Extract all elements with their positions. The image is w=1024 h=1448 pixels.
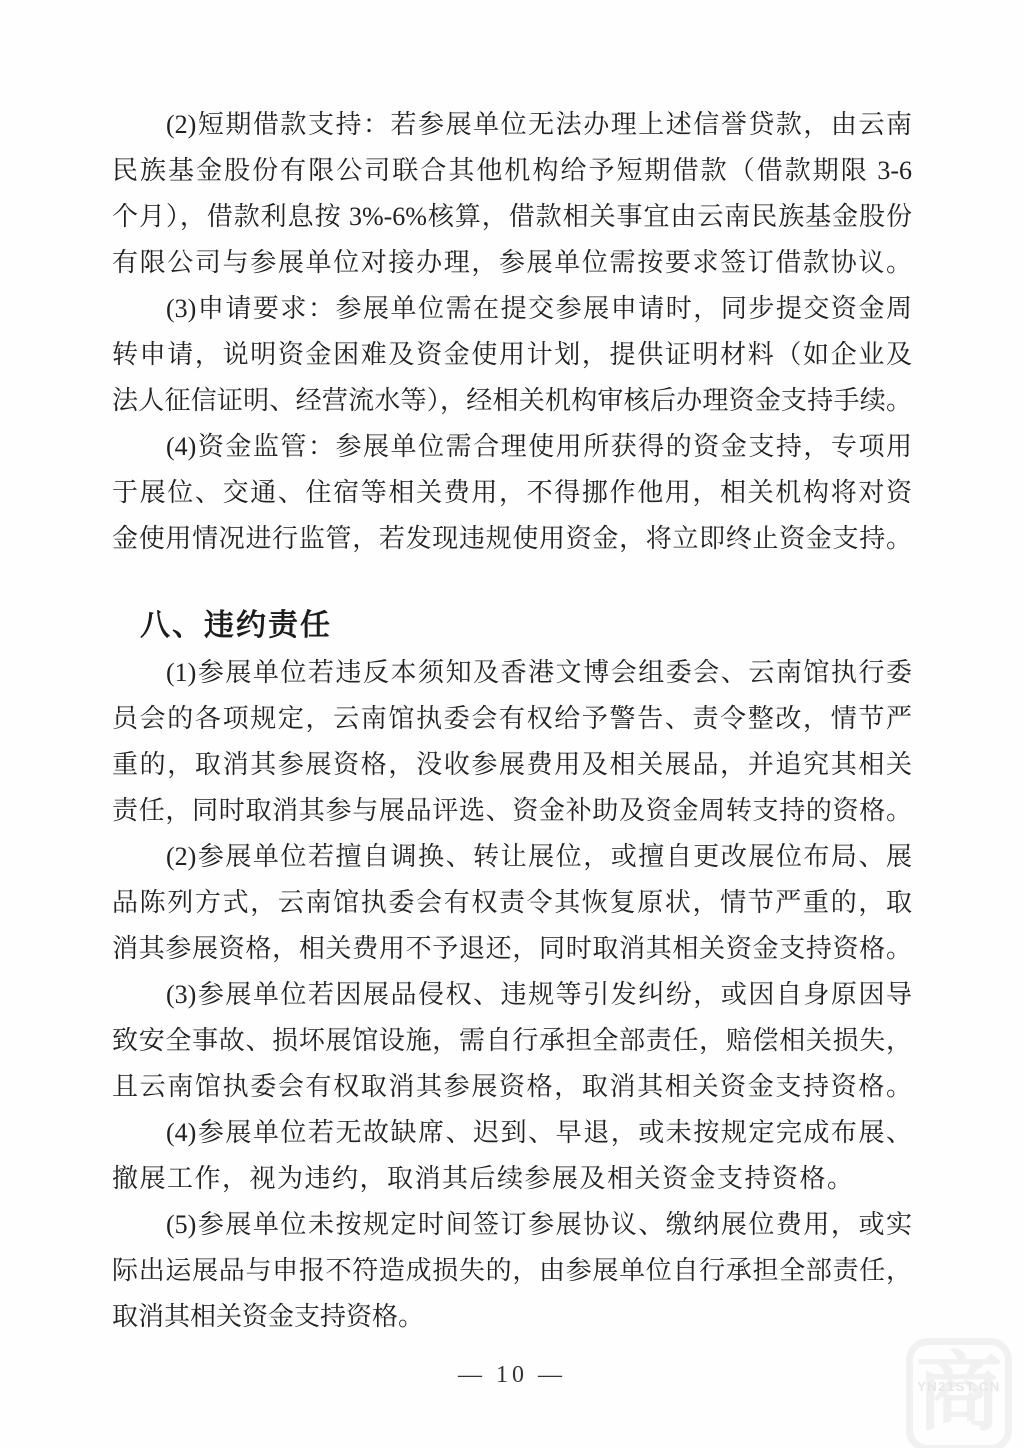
text-line: 有限公司与参展单位对接办理，参展单位需按要求签订借款协议。: [112, 240, 912, 286]
text-line: 于展位、交通、住宿等相关费用，不得挪作他用，相关机构将对资: [112, 470, 912, 516]
page-number: — 10 —: [0, 1362, 1024, 1389]
text-line: 员会的各项规定，云南馆执委会有权给予警告、责令整改，情节严: [112, 696, 912, 742]
text-line: (4)资金监管：参展单位需合理使用所获得的资金支持，专项用: [112, 424, 912, 470]
text-line: 取消其相关资金支持资格。: [112, 1294, 912, 1340]
text-block: (2)短期借款支持：若参展单位无法办理上述信誉贷款，由云南 民族基金股份有限公司…: [112, 102, 912, 1340]
section-heading-breach-liability: 八、违约责任: [140, 602, 912, 650]
watermark-seal: 商 YN21ST.CN: [906, 1338, 1012, 1448]
text-line: 重的，取消其参展资格，没收参展费用及相关展品，并追究其相关: [112, 742, 912, 788]
text-line: (2)短期借款支持：若参展单位无法办理上述信誉贷款，由云南: [112, 102, 912, 148]
text-line: 转申请，说明资金困难及资金使用计划，提供证明材料（如企业及: [112, 332, 912, 378]
text-line: 个月），借款利息按 3%-6%核算，借款相关事宜由云南民族基金股份: [112, 194, 912, 240]
text-line: 消其参展资格，相关费用不予退还，同时取消其相关资金支持资格。: [112, 926, 912, 972]
document-page: (2)短期借款支持：若参展单位无法办理上述信誉贷款，由云南 民族基金股份有限公司…: [0, 0, 1024, 1448]
text-line: 致安全事故、损坏展馆设施，需自行承担全部责任，赔偿相关损失，: [112, 1018, 912, 1064]
text-line: 责任，同时取消其参与展品评选、资金补助及资金周转支持的资格。: [112, 788, 912, 834]
text-line: (2)参展单位若擅自调换、转让展位，或擅自更改展位布局、展: [112, 834, 912, 880]
text-line: (3)申请要求：参展单位需在提交参展申请时，同步提交资金周: [112, 286, 912, 332]
text-line: (1)参展单位若违反本须知及香港文博会组委会、云南馆执行委: [112, 650, 912, 696]
text-line: 法人征信证明、经营流水等），经相关机构审核后办理资金支持手续。: [112, 378, 912, 424]
text-line: 民族基金股份有限公司联合其他机构给予短期借款（借款期限 3-6: [112, 148, 912, 194]
text-line: 品陈列方式，云南馆执委会有权责令其恢复原状，情节严重的，取: [112, 880, 912, 926]
text-line: 撤展工作，视为违约，取消其后续参展及相关资金支持资格。: [112, 1156, 912, 1202]
watermark-caption: YN21ST.CN: [917, 1379, 1001, 1394]
text-line: (3)参展单位若因展品侵权、违规等引发纠纷，或因自身原因导: [112, 972, 912, 1018]
text-line: 际出运展品与申报不符造成损失的，由参展单位自行承担全部责任，: [112, 1248, 912, 1294]
text-line: (5)参展单位未按规定时间签订参展协议、缴纳展位费用，或实: [112, 1202, 912, 1248]
text-line: 且云南馆执委会有权取消其参展资格，取消其相关资金支持资格。: [112, 1064, 912, 1110]
text-line: 金使用情况进行监管，若发现违规使用资金，将立即终止资金支持。: [112, 516, 912, 562]
text-line: (4)参展单位若无故缺席、迟到、早退，或未按规定完成布展、: [112, 1110, 912, 1156]
